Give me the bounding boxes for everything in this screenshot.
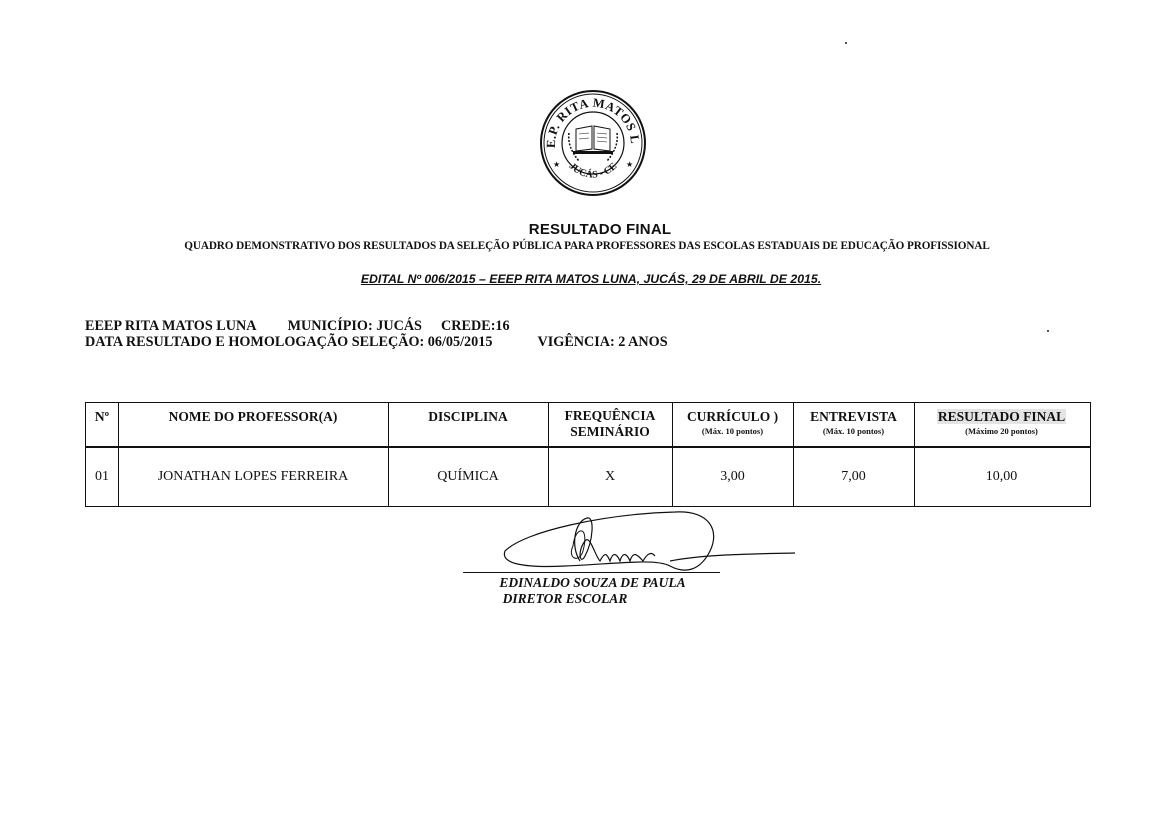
svg-text:★: ★ xyxy=(626,160,633,169)
header-sublabel: (Máximo 20 pontos) xyxy=(914,425,1089,437)
document-title: RESULTADO FINAL xyxy=(0,221,1169,238)
svg-text:JUCÁS - CE: JUCÁS - CE xyxy=(567,161,620,181)
header-curriculo: CURRÍCULO ) (Máx. 10 pontos) xyxy=(672,403,793,446)
result-date-line: DATA RESULTADO E HOMOLOGAÇÃO SELEÇÃO: 06… xyxy=(85,334,668,351)
document-subtitle: QUADRO DEMONSTRATIVO DOS RESULTADOS DA S… xyxy=(0,240,1169,252)
header-label: DISCIPLINA xyxy=(428,409,508,424)
school-seal-logo: E.E.E.P. RITA MATOS LUNA JUCÁS - CE ★ ★ xyxy=(539,89,647,197)
cell-resultado: 10,00 xyxy=(914,448,1089,506)
cell-nome: JONATHAN LOPES FERREIRA xyxy=(118,448,388,506)
scan-speck xyxy=(845,42,847,44)
municipio: MUNICÍPIO: JUCÁS xyxy=(288,318,422,335)
header-resultado-final: RESULTADO FINAL (Máximo 20 pontos) xyxy=(914,403,1089,446)
header-nome: NOME DO PROFESSOR(A) xyxy=(118,403,388,446)
edital-reference: EDITAL Nº 006/2015 – EEEP RITA MATOS LUN… xyxy=(0,272,1169,286)
header-frequencia: FREQUÊNCIA SEMINÁRIO xyxy=(548,403,672,446)
header-label: RESULTADO FINAL xyxy=(937,409,1066,424)
signatory-name: EDINALDO SOUZA DE PAULA xyxy=(470,575,715,591)
header-label: SEMINÁRIO xyxy=(548,424,672,440)
cell-entrevista: 7,00 xyxy=(793,448,914,506)
crede: CREDE:16 xyxy=(441,318,510,335)
header-sublabel: (Máx. 10 pontos) xyxy=(672,425,793,437)
cell-curriculo: 3,00 xyxy=(672,448,793,506)
header-sublabel: (Máx. 10 pontos) xyxy=(793,425,914,437)
signatory-role: DIRETOR ESCOLAR xyxy=(470,591,660,607)
header-label: FREQUÊNCIA xyxy=(548,408,672,424)
header-numero: Nº xyxy=(86,403,118,446)
result-date: DATA RESULTADO E HOMOLOGAÇÃO SELEÇÃO: 06… xyxy=(85,334,492,351)
results-table: Nº NOME DO PROFESSOR(A) DISCIPLINA FREQU… xyxy=(85,402,1091,507)
header-label: ENTREVISTA xyxy=(810,409,897,424)
signature-line xyxy=(463,572,720,573)
header-label: Nº xyxy=(95,409,109,424)
cell-numero: 01 xyxy=(86,448,118,506)
school-info-line: EEEP RITA MATOS LUNA MUNICÍPIO: JUCÁS CR… xyxy=(85,318,510,335)
header-label: CURRÍCULO ) xyxy=(687,409,778,424)
seal-bottom-text: JUCÁS - CE xyxy=(567,161,620,181)
header-label: NOME DO PROFESSOR(A) xyxy=(169,409,338,424)
school-name: EEEP RITA MATOS LUNA xyxy=(85,318,256,335)
cell-disciplina: QUÍMICA xyxy=(388,448,548,506)
header-disciplina: DISCIPLINA xyxy=(388,403,548,446)
cell-frequencia: X xyxy=(548,448,672,506)
header-entrevista: ENTREVISTA (Máx. 10 pontos) xyxy=(793,403,914,446)
scan-speck xyxy=(1047,330,1049,332)
validity: VIGÊNCIA: 2 ANOS xyxy=(538,334,668,351)
svg-text:★: ★ xyxy=(553,160,560,169)
